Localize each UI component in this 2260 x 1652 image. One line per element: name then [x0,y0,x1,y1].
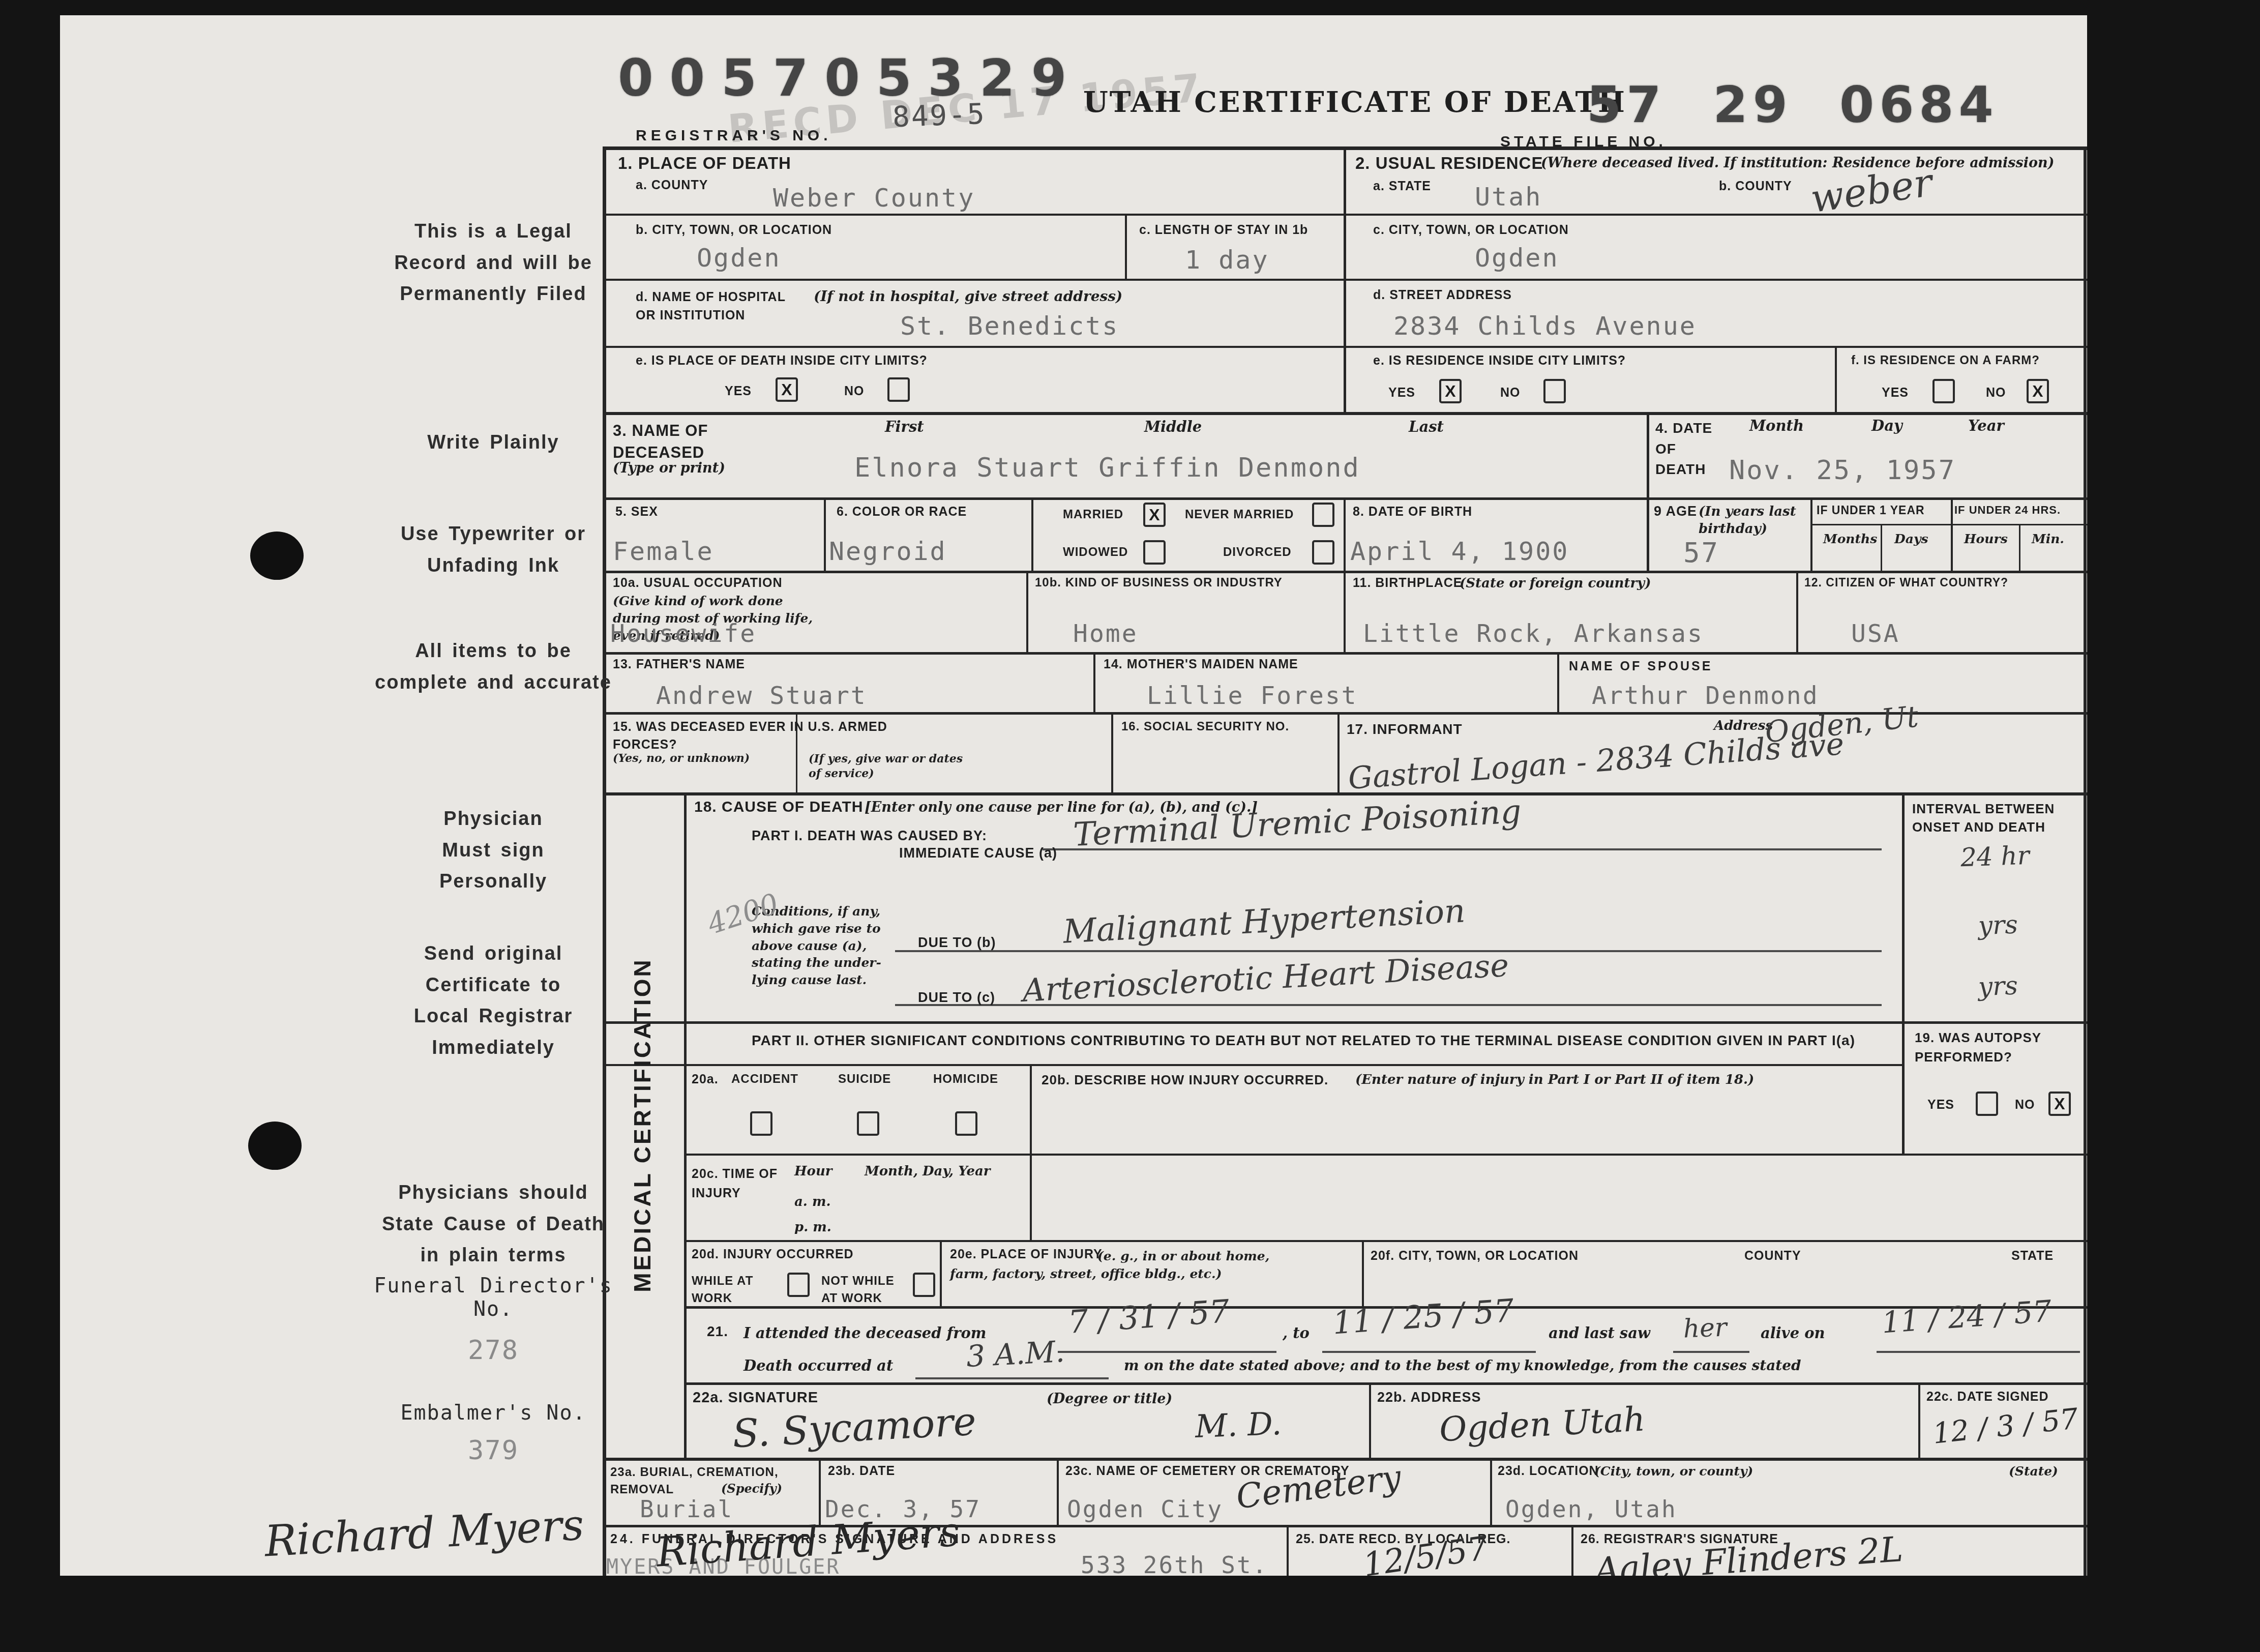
s21-time-value: 3 A.M. [965,1334,1065,1374]
s5-value: Female [613,537,714,566]
s18-due-c-label: DUE TO (c) [918,990,995,1006]
s18-cause-c-value: Arteriosclerotic Heart Disease [1022,947,1510,1009]
s8-label: 8. DATE OF BIRTH [1353,505,1472,519]
s22c-label: 22c. DATE SIGNED [1926,1390,2049,1404]
divider [1902,792,1905,1154]
divider [1337,712,1340,792]
s4-year-label: Year [1968,417,2004,434]
divider [1810,497,1812,571]
s20b-note: (Enter nature of injury in Part I or Par… [1355,1072,1754,1087]
s19-label: 19. WAS AUTOPSY PERFORMED? [1915,1028,2077,1067]
divider [824,497,826,571]
divider [1557,652,1559,712]
s22a-signature: S. Sycamore [731,1399,977,1457]
divider [1287,1525,1289,1576]
s2-title: 2. USUAL RESIDENCE [1355,154,1543,173]
s3-title: 3. NAME OF DECEASED [613,420,730,464]
s14-value: Lillie Forest [1147,682,1358,710]
s7-divorced-label: DIVORCED [1223,545,1292,559]
hole-punch-top [250,532,304,580]
s2d-label: d. STREET ADDRESS [1373,288,1512,303]
s1d-label: d. NAME OF HOSPITAL OR INSTITUTION [636,288,788,325]
s19-no-checkbox: X [2048,1091,2071,1116]
s3-last-label: Last [1409,418,1444,435]
s2f-yes-label: YES [1882,386,1909,400]
s9-hours-label: Hours [1964,532,2008,546]
s2e-no-checkbox [1543,379,1566,403]
s9-min-label: Min. [2032,532,2064,546]
s1b-value: Ogden [697,243,781,273]
s2a-label: a. STATE [1373,179,1431,194]
s1c-value: 1 day [1185,245,1269,275]
s20a-accident-label: ACCIDENT [731,1072,798,1086]
divider [684,1240,2087,1242]
s23a-value: Burial [640,1495,733,1523]
s2e-yes-checkbox: X [1439,379,1462,403]
s13-label: 13. FATHER'S NAME [613,657,745,672]
s2b-label: b. COUNTY [1719,179,1792,194]
s12-value: USA [1851,619,1900,648]
s7-divorced-checkbox [1312,540,1334,565]
s2d-value: 2834 Childs Avenue [1393,311,1697,341]
s20b-label: 20b. DESCRIBE HOW INJURY OCCURRED. [1042,1072,1328,1088]
s20f-county-label: COUNTY [1744,1249,1801,1263]
s9-under24-label: IF UNDER 24 HRS. [1954,504,2061,517]
s4-value: Nov. 25, 1957 [1729,455,1956,486]
s20d-notwhile-label: NOT WHILE AT WORK [821,1273,908,1307]
s9-days-label: Days [1894,532,1928,546]
s21-lastseen-value: 11 / 24 / 57 [1881,1293,2053,1340]
s12-label: 12. CITIZEN OF WHAT COUNTRY? [1804,576,2008,589]
s2f-label: f. IS RESIDENCE ON A FARM? [1851,353,2040,368]
divider [684,1382,2087,1385]
scan-edge-top [0,0,2260,15]
state-file-no-value: 57 29 0684 [1587,76,1999,134]
divider [1093,652,1095,712]
s21-text3: and last saw [1549,1324,1650,1342]
s18-immediate-label: IMMEDIATE CAUSE (a) [899,845,1057,861]
divider [603,1064,1902,1066]
s20c-pm-label: p. m. [794,1220,831,1235]
s14-label: 14. MOTHER'S MAIDEN NAME [1104,657,1298,672]
s19-yes-checkbox [1976,1091,1998,1116]
s20a-homicide-checkbox [955,1111,977,1136]
divider [1951,497,1953,571]
divider [684,1154,2087,1156]
s1e-yes-checkbox: X [776,377,798,402]
s23d-state-note: (State) [2009,1464,2058,1479]
s3-note: (Type or print) [613,460,725,476]
divider [603,1021,2087,1024]
s2f-no-label: NO [1986,386,2006,400]
divider [684,792,687,1458]
divider [1490,1458,1492,1525]
s5-label: 5. SEX [615,505,658,519]
s1c-label: c. LENGTH OF STAY IN 1b [1139,223,1308,238]
divider [603,652,2087,655]
s23d-note: (City, town, or county) [1594,1464,1753,1479]
s20c-mdy-label: Month, Day, Year [865,1164,991,1179]
margin-note-all-items: All items to be complete and accurate [374,636,613,698]
spouse-label: NAME OF SPOUSE [1569,659,1712,674]
divider [1344,146,1346,412]
s10b-value: Home [1073,619,1138,648]
s9-value: 57 [1683,537,1719,569]
s15-label: 15. WAS DECEASED EVER IN U.S. ARMED FORC… [613,718,898,754]
s24-address-value: 533 26th St. [1081,1551,1268,1579]
s13-value: Andrew Stuart [656,682,867,710]
s19-no-label: NO [2015,1098,2035,1112]
s20e-note: (e. g., in or about home, farm, factory,… [950,1247,1275,1283]
s1a-label: a. COUNTY [636,178,708,193]
s18-due-b-label: DUE TO (b) [918,935,996,951]
margin-note-legal-record: This is a Legal Record and will be Perma… [374,216,613,310]
divider [1031,497,1033,571]
s21-time-line [915,1377,1109,1379]
divider [2019,524,2020,571]
s21-text4: alive on [1761,1324,1825,1342]
s2c-value: Ogden [1475,243,1559,273]
margin-note-send-original: Send original Certificate to Local Regis… [409,938,577,1064]
s7-married-checkbox: X [1143,503,1166,527]
s3-value: Elnora Stuart Griffin Denmond [854,453,1360,483]
s6-label: 6. COLOR OR RACE [837,505,967,519]
s20c-label: 20c. TIME OF INJURY [692,1165,788,1203]
scanned-death-certificate: { "header": { "stamp_number": "005705329… [0,0,2260,1652]
spouse-value: Arthur Denmond [1592,682,1819,710]
registrar-no-label: REGISTRAR'S NO. [636,127,832,144]
divider [2084,146,2087,1576]
divider [1571,1525,1573,1576]
funeral-director-no-label: Funeral Director's No. [374,1274,613,1321]
part2-text: PART II. OTHER SIGNIFICANT CONDITIONS CO… [752,1031,1891,1050]
divider [1881,524,1882,571]
s2a-value: Utah [1475,182,1542,212]
s7-married-label: MARRIED [1063,508,1123,522]
divider [1918,1382,1920,1458]
s21-text5: Death occurred at [744,1357,893,1374]
s20d-label: 20d. INJURY OCCURRED [692,1247,854,1262]
s21-text6: m on the date stated above; and to the b… [1124,1357,1801,1374]
margin-note-write-plainly: Write Plainly [374,427,613,459]
margin-note-plain-terms: Physicians should State Cause of Death i… [374,1177,613,1272]
margin-funeral-director-signature: Richard Myers [263,1500,585,1567]
s7-widowed-label: WIDOWED [1063,545,1128,559]
s9-months-label: Months [1823,532,1877,546]
s21-to-value: 11 / 25 / 57 [1331,1292,1515,1342]
s21-lastseen-line [1877,1351,2080,1353]
divider [603,412,2087,415]
s21-her-line [1673,1351,1749,1353]
s20d-while-checkbox [787,1273,810,1297]
s15-note1: (Yes, no, or unknown) [613,752,750,765]
medical-certification-strip-label: MEDICAL CERTIFICATION [629,958,656,1292]
divider [1344,571,1346,652]
s1b-label: b. CITY, TOWN, OR LOCATION [636,223,832,238]
s20a-homicide-label: HOMICIDE [933,1072,998,1086]
s10a-label: 10a. USUAL OCCUPATION [613,576,783,591]
s23d-value: Ogden, Utah [1505,1495,1677,1523]
s10b-label: 10b. KIND OF BUSINESS OR INDUSTRY [1035,576,1283,590]
s17-label: 17. INFORMANT [1347,721,1463,737]
divider [603,1458,2087,1461]
divider [1030,1064,1032,1240]
s9-under1-label: IF UNDER 1 YEAR [1817,504,1925,517]
s3-middle-label: Middle [1144,418,1202,435]
s1e-no-label: NO [844,384,865,399]
s2-note: (Where deceased lived. If institution: R… [1541,155,2054,171]
hole-punch-bottom [248,1122,302,1170]
s2c-label: c. CITY, TOWN, OR LOCATION [1373,223,1569,238]
s11-note: (State or foreign country) [1460,576,1651,591]
interval-label: INTERVAL BETWEEN ONSET AND DEATH [1912,800,2075,837]
s20d-notwhile-checkbox [913,1273,935,1297]
divider [1362,1240,1364,1306]
divider [1026,571,1028,652]
s20c-am-label: a. m. [794,1194,831,1209]
interval-b-value: yrs [1978,910,2018,941]
divider [1647,412,1649,571]
s19-yes-label: YES [1927,1098,1954,1112]
cause-b-line [895,950,1882,952]
s22a-label: 22a. SIGNATURE [693,1390,818,1406]
s21-text1: I attended the deceased from [744,1324,986,1342]
s20a-suicide-label: SUICIDE [838,1072,891,1086]
s1d-note: (If not in hospital, give street address… [814,288,1122,305]
s2f-yes-checkbox [1932,379,1955,403]
s21-text2: , to [1283,1324,1310,1342]
divider [1796,571,1798,652]
divider [1125,214,1127,279]
divider [1835,346,1837,412]
s23a-note: (Specify) [721,1481,782,1496]
s15-note2: (If yes, give war or dates of service) [809,752,971,781]
s7-never-checkbox [1312,503,1334,527]
s18-title: 18. CAUSE OF DEATH [694,799,864,816]
interval-c-value: yrs [1978,971,2018,1002]
s22c-value: 12 / 3 / 57 [1931,1402,2079,1451]
divider [1810,524,2087,525]
funeral-director-no-value: 278 [374,1335,613,1366]
s2e-label: e. IS RESIDENCE INSIDE CITY LIMITS? [1373,353,1626,368]
s3-first-label: First [885,418,924,435]
s1a-value: Weber County [773,183,975,213]
s18-part1-label: PART I. DEATH WAS CAUSED BY: [752,828,987,844]
s21-to-line [1322,1351,1536,1353]
s1-title: 1. PLACE OF DEATH [618,154,791,173]
s21-her-value: her [1683,1313,1728,1344]
s20f-label: 20f. CITY, TOWN, OR LOCATION [1371,1249,1579,1263]
s20a-accident-checkbox [750,1111,772,1136]
s1e-no-checkbox [887,377,910,402]
s7-never-label: NEVER MARRIED [1185,508,1294,522]
s20c-hour-label: Hour [794,1164,832,1179]
s20a-suicide-checkbox [857,1111,879,1136]
s1e-label: e. IS PLACE OF DEATH INSIDE CITY LIMITS? [636,353,928,368]
s2f-no-checkbox: X [2027,379,2049,403]
s20f-state-label: STATE [2011,1249,2054,1263]
s7-widowed-checkbox [1143,540,1166,565]
s22a-note: (Degree or title) [1047,1391,1172,1407]
divider [1111,712,1113,792]
s1d-value: St. Benedicts [900,311,1119,341]
s20d-while-label: WHILE AT WORK [692,1273,773,1307]
s23b-label: 23b. DATE [828,1464,895,1479]
s9-label-note: (In years last birthday) [1699,504,1805,538]
s10a-value: Housewife [610,619,756,648]
s21-from-line [1058,1351,1276,1353]
s22a-degree: M. D. [1195,1405,1283,1445]
certificate-title: UTAH CERTIFICATE OF DEATH [1083,85,1626,119]
s22b-value: Ogden Utah [1438,1399,1646,1449]
divider [1057,1458,1059,1525]
s11-value: Little Rock, Arkansas [1363,619,1704,648]
interval-a-value: 24 hr [1960,841,2030,873]
s2e-no-label: NO [1500,386,1521,400]
margin-note-physician-sign: Physician Must sign Personally [417,804,570,898]
s16-label: 16. SOCIAL SECURITY NO. [1121,720,1289,734]
s21-from-value: 7 / 31 / 57 [1067,1292,1231,1341]
divider [940,1240,942,1306]
state-file-no-label: STATE FILE NO. [1500,133,1667,151]
s2e-yes-label: YES [1388,386,1415,400]
s20a-num: 20a. [692,1072,719,1087]
s4-day-label: Day [1871,417,1902,434]
scan-edge-right [2087,0,2260,1652]
embalmer-no-value: 379 [374,1435,613,1466]
scan-edge-bottom [0,1576,2260,1652]
s6-value: Negroid [829,537,947,566]
divider [819,1458,821,1525]
s23c-typed-value: Ogden City [1067,1495,1223,1523]
margin-note-use-typewriter: Use Typewriter or Unfading Ink [374,519,613,581]
divider [603,792,2087,795]
s8-value: April 4, 1900 [1350,537,1569,566]
scan-edge-left [0,0,60,1652]
embalmer-no-label: Embalmer's No. [374,1401,613,1425]
registrar-no-value: 849-5 [892,98,987,134]
s22b-label: 22b. ADDRESS [1377,1390,1481,1405]
s1e-yes-label: YES [725,384,752,399]
s4-title: 4. DATE OF DEATH [1655,418,1727,480]
s9-label: 9 AGE [1654,504,1697,519]
divider [1344,497,1346,571]
divider [1369,1382,1371,1458]
s4-month-label: Month [1749,417,1804,434]
s21-num: 21. [707,1323,728,1340]
s18-cause-b-value: Malignant Hypertension [1062,892,1466,951]
s11-label: 11. BIRTHPLACE [1353,576,1462,591]
s23d-label: 23d. LOCATION [1498,1464,1599,1479]
